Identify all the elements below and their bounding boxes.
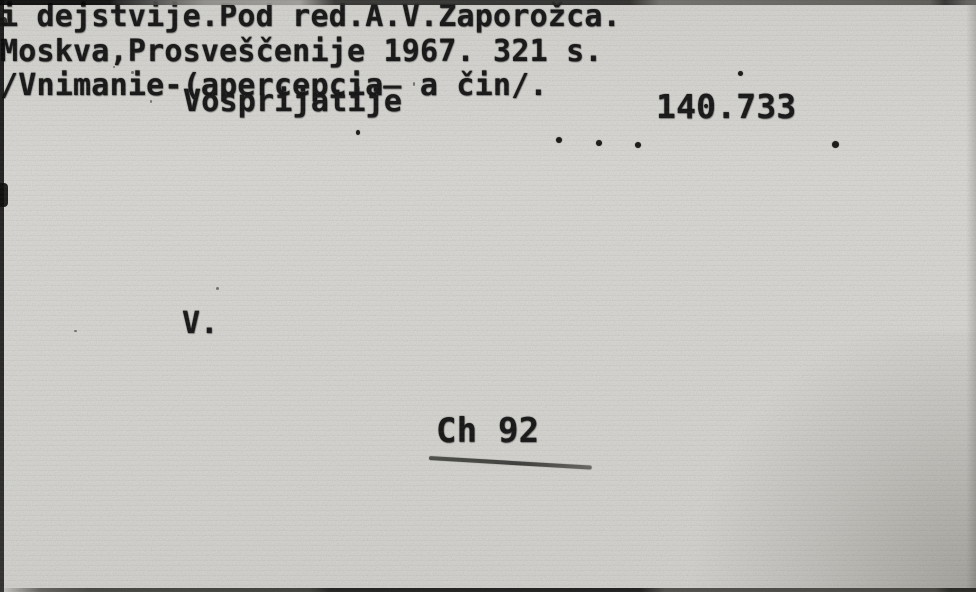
ink-speck xyxy=(131,71,134,74)
corner-shadow xyxy=(646,332,976,592)
ink-speck xyxy=(216,287,219,290)
scan-edge-tick xyxy=(0,17,7,26)
typed-dot xyxy=(556,137,562,143)
ink-speck xyxy=(150,100,152,103)
typed-dot xyxy=(738,71,743,76)
scan-edge-top xyxy=(0,0,976,5)
typed-dot xyxy=(596,140,602,146)
typed-dot xyxy=(832,141,839,148)
scan-edge-bottom xyxy=(0,588,976,592)
ink-speck xyxy=(413,82,415,86)
call-number: 140.733 xyxy=(656,90,796,123)
shelf-mark-underline xyxy=(429,456,592,470)
card-line: /Vnimanie-(apercepcia̶ a čin/. xyxy=(0,69,976,104)
card-body: i dejstvije.Pod red.A.V.Zaporožca. Moskv… xyxy=(0,0,976,104)
ink-speck xyxy=(74,330,77,332)
card-line: i dejstvije.Pod red.A.V.Zaporožca. xyxy=(0,0,976,35)
catalog-card: Vosprijatije 140.733 i dejstvije.Pod red… xyxy=(0,0,976,592)
scan-edge-left xyxy=(0,0,4,592)
author-initial: V. xyxy=(182,309,219,339)
scan-edge-blob xyxy=(0,183,8,207)
card-line: Moskva,Prosveščenije 1967. 321 s. xyxy=(0,35,976,70)
typed-dot xyxy=(356,130,360,135)
card-heading: Vosprijatije xyxy=(183,87,402,117)
shelf-mark: Ch 92 xyxy=(436,414,539,448)
typed-dot xyxy=(635,142,641,148)
ink-speck xyxy=(113,66,115,68)
